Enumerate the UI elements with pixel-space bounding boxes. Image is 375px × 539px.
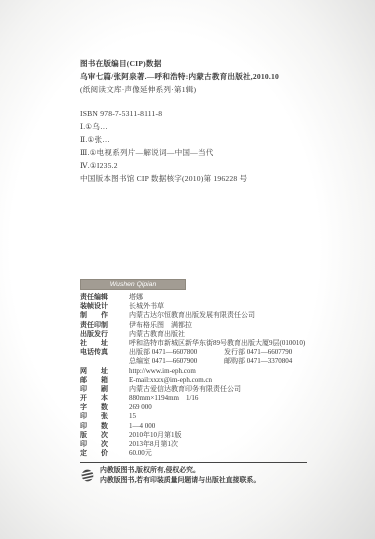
credit-value: 长城外书草: [129, 302, 164, 310]
credit-label: 社 址: [80, 339, 116, 348]
credit-value: 880mm×1194mm 1/16: [129, 394, 198, 402]
credit-label: 开 本: [80, 394, 116, 403]
credit-label: 印 次: [80, 440, 116, 449]
credit-value: 塔娜: [129, 293, 143, 301]
cip-title-line: 乌审七篇/张阿泉著.—呼和浩特:内蒙古教育出版社,2010.10: [80, 70, 316, 83]
credit-row-website: 网 址http://www.im-eph.com: [80, 367, 316, 376]
credit-row-production: 制 作内蒙古达尔恒教育出版发展有限责任公司: [80, 311, 316, 320]
credit-row-impression: 印 次2013年8月第1次: [80, 440, 316, 449]
credit-label: 网 址: [80, 367, 116, 376]
credit-row-phone-1: 电话传真出版部 0471—6607800发行部 0471—6607790: [80, 348, 316, 357]
credit-row-design: 装帧设计长城外书草: [80, 302, 316, 311]
cip-item-2: Ⅱ.①张…: [80, 133, 316, 146]
credit-row-address: 社 址呼和浩特市新城区新华东街89号教育出版大厦9层(010010): [80, 339, 316, 348]
credit-value: 15: [129, 412, 136, 420]
credit-value: 呼和浩特市新城区新华东街89号教育出版大厦9层(010010): [129, 339, 305, 347]
credit-row-word-count: 字 数269 000: [80, 403, 316, 412]
cip-block: 图书在版编目(CIP)数据 乌审七篇/张阿泉著.—呼和浩特:内蒙古教育出版社,2…: [80, 57, 316, 185]
credit-row-print-supervisor: 责任印制伊布格乐图 满都拉: [80, 321, 316, 330]
credit-label: 装帧设计: [80, 302, 116, 311]
credit-label: 邮 箱: [80, 376, 116, 385]
credit-value: 1—4 000: [129, 422, 155, 430]
credit-label: 印 张: [80, 412, 116, 421]
credit-value: 内蒙古达尔恒教育出版发展有限责任公司: [129, 311, 255, 319]
credit-row-printer: 印 刷内蒙古爱信达教育印务有限责任公司: [80, 385, 316, 394]
publisher-logo-icon: [81, 469, 94, 482]
cip-heading: 图书在版编目(CIP)数据: [80, 57, 316, 70]
credit-label: 制 作: [80, 311, 116, 320]
credit-value: 伊布格乐图 满都拉: [129, 321, 192, 329]
credit-value: http://www.im-eph.com: [129, 367, 196, 375]
footer-divider: [80, 462, 307, 463]
credit-label: 印 数: [80, 422, 116, 431]
cip-record-number: 中国版本图书馆 CIP 数据核字(2010)第 196228 号: [80, 172, 316, 185]
credit-row-publisher: 出版发行内蒙古教育出版社: [80, 330, 316, 339]
credit-row-email: 邮 箱E-mail:xxzx@im-eph.com.cn: [80, 376, 316, 385]
credit-label: 版 次: [80, 431, 116, 440]
copyright-notice: 内教版图书,版权所有,侵权必究。: [100, 466, 316, 476]
credit-row-sheets: 印 张15: [80, 412, 316, 421]
cip-item-4: Ⅳ.①I235.2: [80, 159, 316, 172]
credit-value: 2013年8月第1次: [129, 440, 178, 448]
credit-value: 2010年10月第1版: [129, 431, 182, 439]
credit-value: E-mail:xxzx@im-eph.com.cn: [129, 376, 212, 384]
credit-value: 总编室 0471—6607900: [129, 357, 224, 366]
copyright-page: 图书在版编目(CIP)数据 乌审七篇/张阿泉著.—呼和浩特:内蒙古教育出版社,2…: [0, 0, 375, 539]
credit-label: 出版发行: [80, 330, 116, 339]
credit-row-edition: 版 次2010年10月第1版: [80, 431, 316, 440]
cip-series-line: (纸阅读文库·声像延伸系列·第1辑): [80, 83, 316, 96]
cip-item-1: Ⅰ.①乌…: [80, 120, 316, 133]
credits-table: 责任编辑塔娜 装帧设计长城外书草 制 作内蒙古达尔恒教育出版发展有限责任公司 责…: [80, 293, 316, 458]
isbn-line: ISBN 978-7-5311-8111-8: [80, 107, 316, 120]
footer-notices: 内教版图书,版权所有,侵权必究。 内教版图书,若有印装质量问题请与出版社直接联系…: [80, 466, 316, 486]
credit-label: 电话传真: [80, 348, 116, 357]
credit-label: 定 价: [80, 449, 116, 458]
credit-value-2: 发行部 0471—6607790: [224, 348, 292, 357]
credit-row-print-run: 印 数1—4 000: [80, 422, 316, 431]
credit-label: 责任印制: [80, 321, 116, 330]
credit-value-2: 邮购部 0471—3370804: [224, 357, 292, 366]
credit-row-price: 定 价60.00元: [80, 449, 316, 458]
pinyin-title-band: Wushen Qipian: [80, 279, 186, 290]
credit-row-phone-2: 总编室 0471—6607900邮购部 0471—3370804: [80, 357, 316, 366]
credit-value: 内蒙古爱信达教育印务有限责任公司: [129, 385, 241, 393]
credit-label: 责任编辑: [80, 293, 116, 302]
credit-value: 内蒙古教育出版社: [129, 330, 185, 338]
quality-notice: 内教版图书,若有印装质量问题请与出版社直接联系。: [100, 476, 316, 486]
credit-value: 269 000: [129, 403, 152, 411]
cip-item-3: Ⅲ.①电视系列片—解说词—中国—当代: [80, 146, 316, 159]
credit-value: 出版部 0471—6607800: [129, 348, 224, 357]
credit-value: 60.00元: [129, 449, 152, 457]
credit-row-format: 开 本880mm×1194mm 1/16: [80, 394, 316, 403]
credit-row-editor: 责任编辑塔娜: [80, 293, 316, 302]
credit-label: 印 刷: [80, 385, 116, 394]
